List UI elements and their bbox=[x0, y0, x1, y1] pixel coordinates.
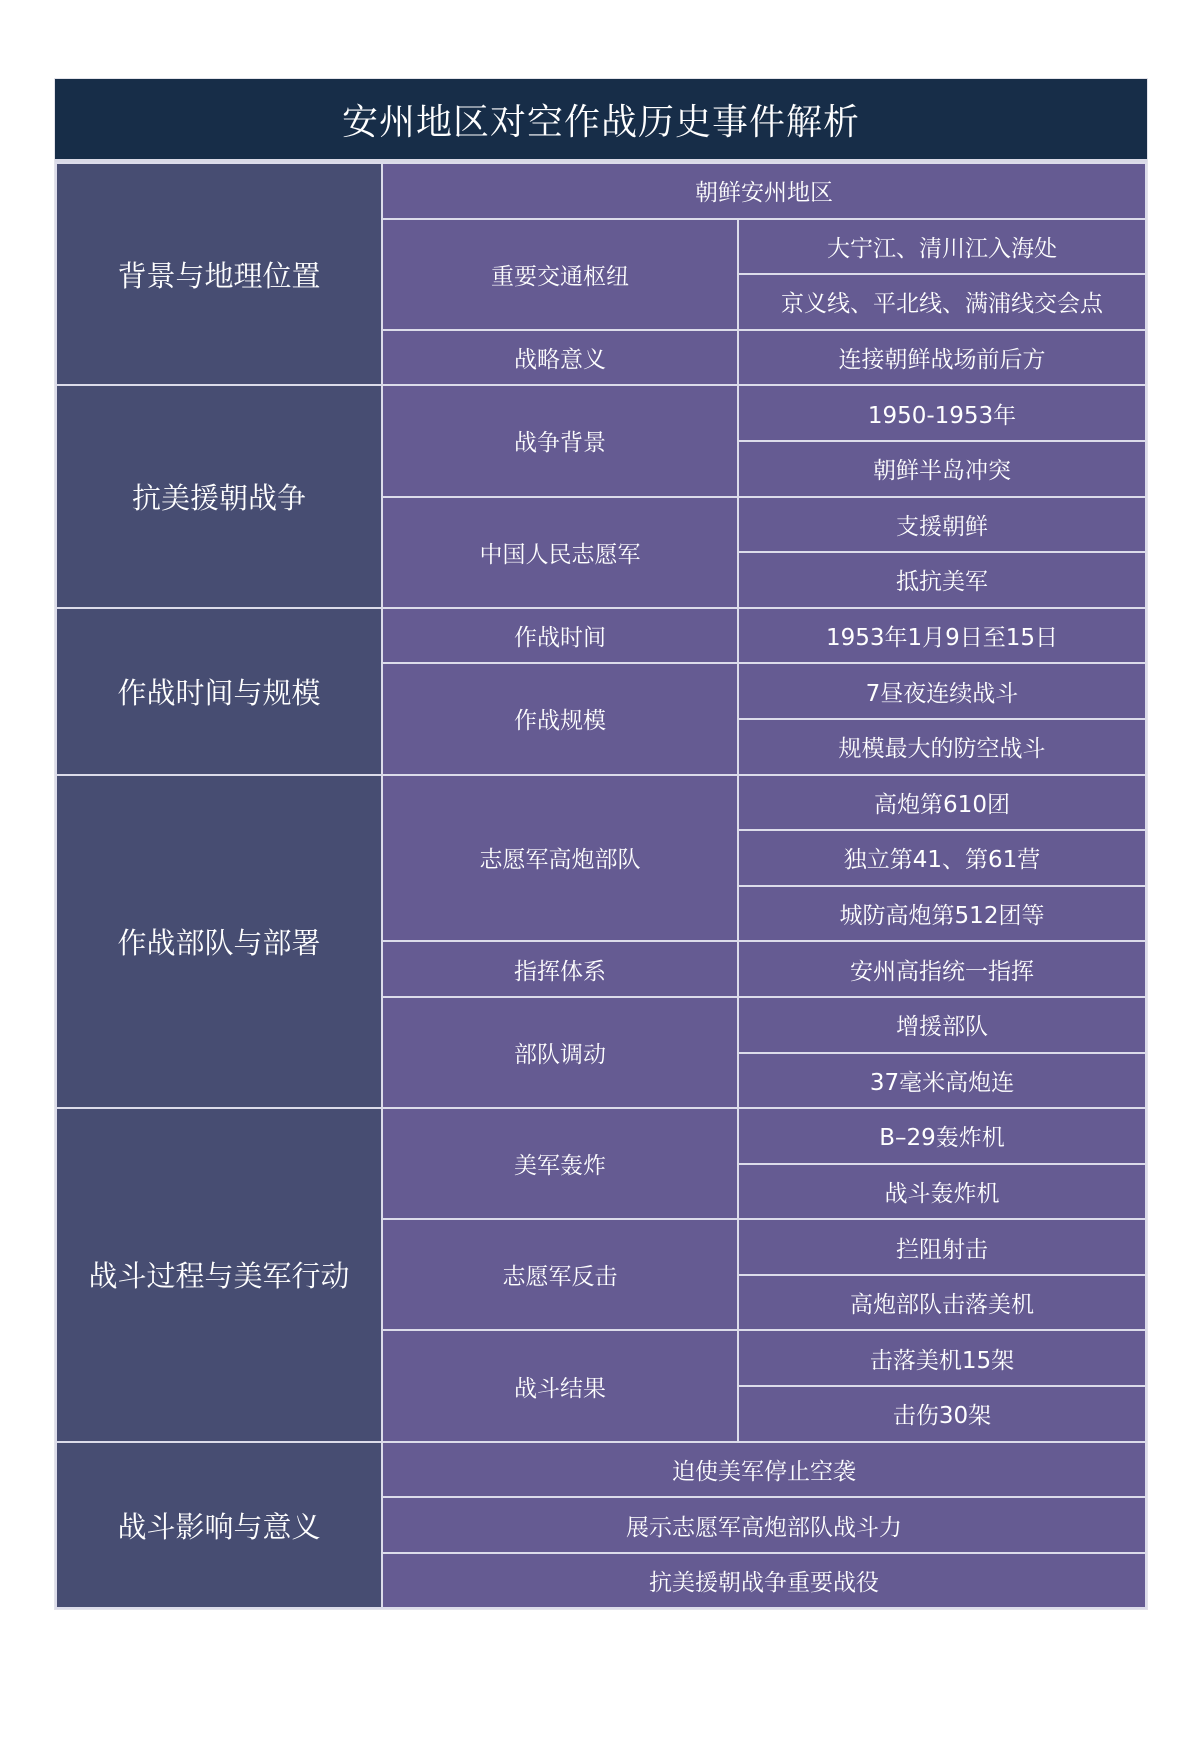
subcategory-cell: 美军轰炸 bbox=[382, 1108, 738, 1219]
category-cell: 抗美援朝战争 bbox=[56, 385, 382, 607]
table-row: 抗美援朝战争 战争背景 1950-1953年 bbox=[56, 385, 1146, 441]
detail-cell: 朝鲜安州地区 bbox=[382, 163, 1146, 219]
category-cell: 背景与地理位置 bbox=[56, 163, 382, 385]
detail-cell: 拦阻射击 bbox=[738, 1219, 1146, 1275]
subcategory-cell: 战争背景 bbox=[382, 385, 738, 496]
subcategory-cell: 志愿军高炮部队 bbox=[382, 775, 738, 942]
detail-cell: 京义线、平北线、满浦线交会点 bbox=[738, 274, 1146, 330]
event-table: 背景与地理位置 朝鲜安州地区 重要交通枢纽 大宁江、清川江入海处 京义线、平北线… bbox=[55, 162, 1147, 1609]
page-title: 安州地区对空作战历史事件解析 bbox=[55, 79, 1147, 162]
table-row: 作战时间与规模 作战时间 1953年1月9日至15日 bbox=[56, 608, 1146, 664]
subcategory-cell: 中国人民志愿军 bbox=[382, 497, 738, 608]
subcategory-cell: 战斗结果 bbox=[382, 1330, 738, 1441]
detail-cell: 展示志愿军高炮部队战斗力 bbox=[382, 1497, 1146, 1553]
detail-cell: 高炮第610团 bbox=[738, 775, 1146, 831]
subcategory-cell: 作战时间 bbox=[382, 608, 738, 664]
detail-cell: 连接朝鲜战场前后方 bbox=[738, 330, 1146, 386]
detail-cell: 37毫米高炮连 bbox=[738, 1053, 1146, 1109]
subcategory-cell: 指挥体系 bbox=[382, 941, 738, 997]
detail-cell: 迫使美军停止空袭 bbox=[382, 1442, 1146, 1498]
category-cell: 作战部队与部署 bbox=[56, 775, 382, 1109]
subcategory-cell: 作战规模 bbox=[382, 663, 738, 774]
detail-cell: 击伤30架 bbox=[738, 1386, 1146, 1442]
category-cell: 战斗影响与意义 bbox=[56, 1442, 382, 1609]
subcategory-cell: 重要交通枢纽 bbox=[382, 219, 738, 330]
table-row: 战斗过程与美军行动 美军轰炸 B–29轰炸机 bbox=[56, 1108, 1146, 1164]
detail-cell: 高炮部队击落美机 bbox=[738, 1275, 1146, 1331]
subcategory-cell: 部队调动 bbox=[382, 997, 738, 1108]
detail-cell: B–29轰炸机 bbox=[738, 1108, 1146, 1164]
detail-cell: 朝鲜半岛冲突 bbox=[738, 441, 1146, 497]
detail-cell: 增援部队 bbox=[738, 997, 1146, 1053]
detail-cell: 7昼夜连续战斗 bbox=[738, 663, 1146, 719]
detail-cell: 支援朝鲜 bbox=[738, 497, 1146, 553]
detail-cell: 独立第41、第61营 bbox=[738, 830, 1146, 886]
detail-cell: 安州高指统一指挥 bbox=[738, 941, 1146, 997]
history-table-card: 安州地区对空作战历史事件解析 背景与地理位置 朝鲜安州地区 重要交通枢纽 大宁江… bbox=[54, 78, 1148, 1610]
table-row: 作战部队与部署 志愿军高炮部队 高炮第610团 bbox=[56, 775, 1146, 831]
table-row: 背景与地理位置 朝鲜安州地区 bbox=[56, 163, 1146, 219]
detail-cell: 击落美机15架 bbox=[738, 1330, 1146, 1386]
subcategory-cell: 志愿军反击 bbox=[382, 1219, 738, 1330]
detail-cell: 规模最大的防空战斗 bbox=[738, 719, 1146, 775]
category-cell: 战斗过程与美军行动 bbox=[56, 1108, 382, 1442]
detail-cell: 战斗轰炸机 bbox=[738, 1164, 1146, 1220]
detail-cell: 抗美援朝战争重要战役 bbox=[382, 1553, 1146, 1609]
detail-cell: 1950-1953年 bbox=[738, 385, 1146, 441]
detail-cell: 1953年1月9日至15日 bbox=[738, 608, 1146, 664]
detail-cell: 城防高炮第512团等 bbox=[738, 886, 1146, 942]
detail-cell: 抵抗美军 bbox=[738, 552, 1146, 608]
subcategory-cell: 战略意义 bbox=[382, 330, 738, 386]
table-row: 战斗影响与意义 迫使美军停止空袭 bbox=[56, 1442, 1146, 1498]
category-cell: 作战时间与规模 bbox=[56, 608, 382, 775]
detail-cell: 大宁江、清川江入海处 bbox=[738, 219, 1146, 275]
